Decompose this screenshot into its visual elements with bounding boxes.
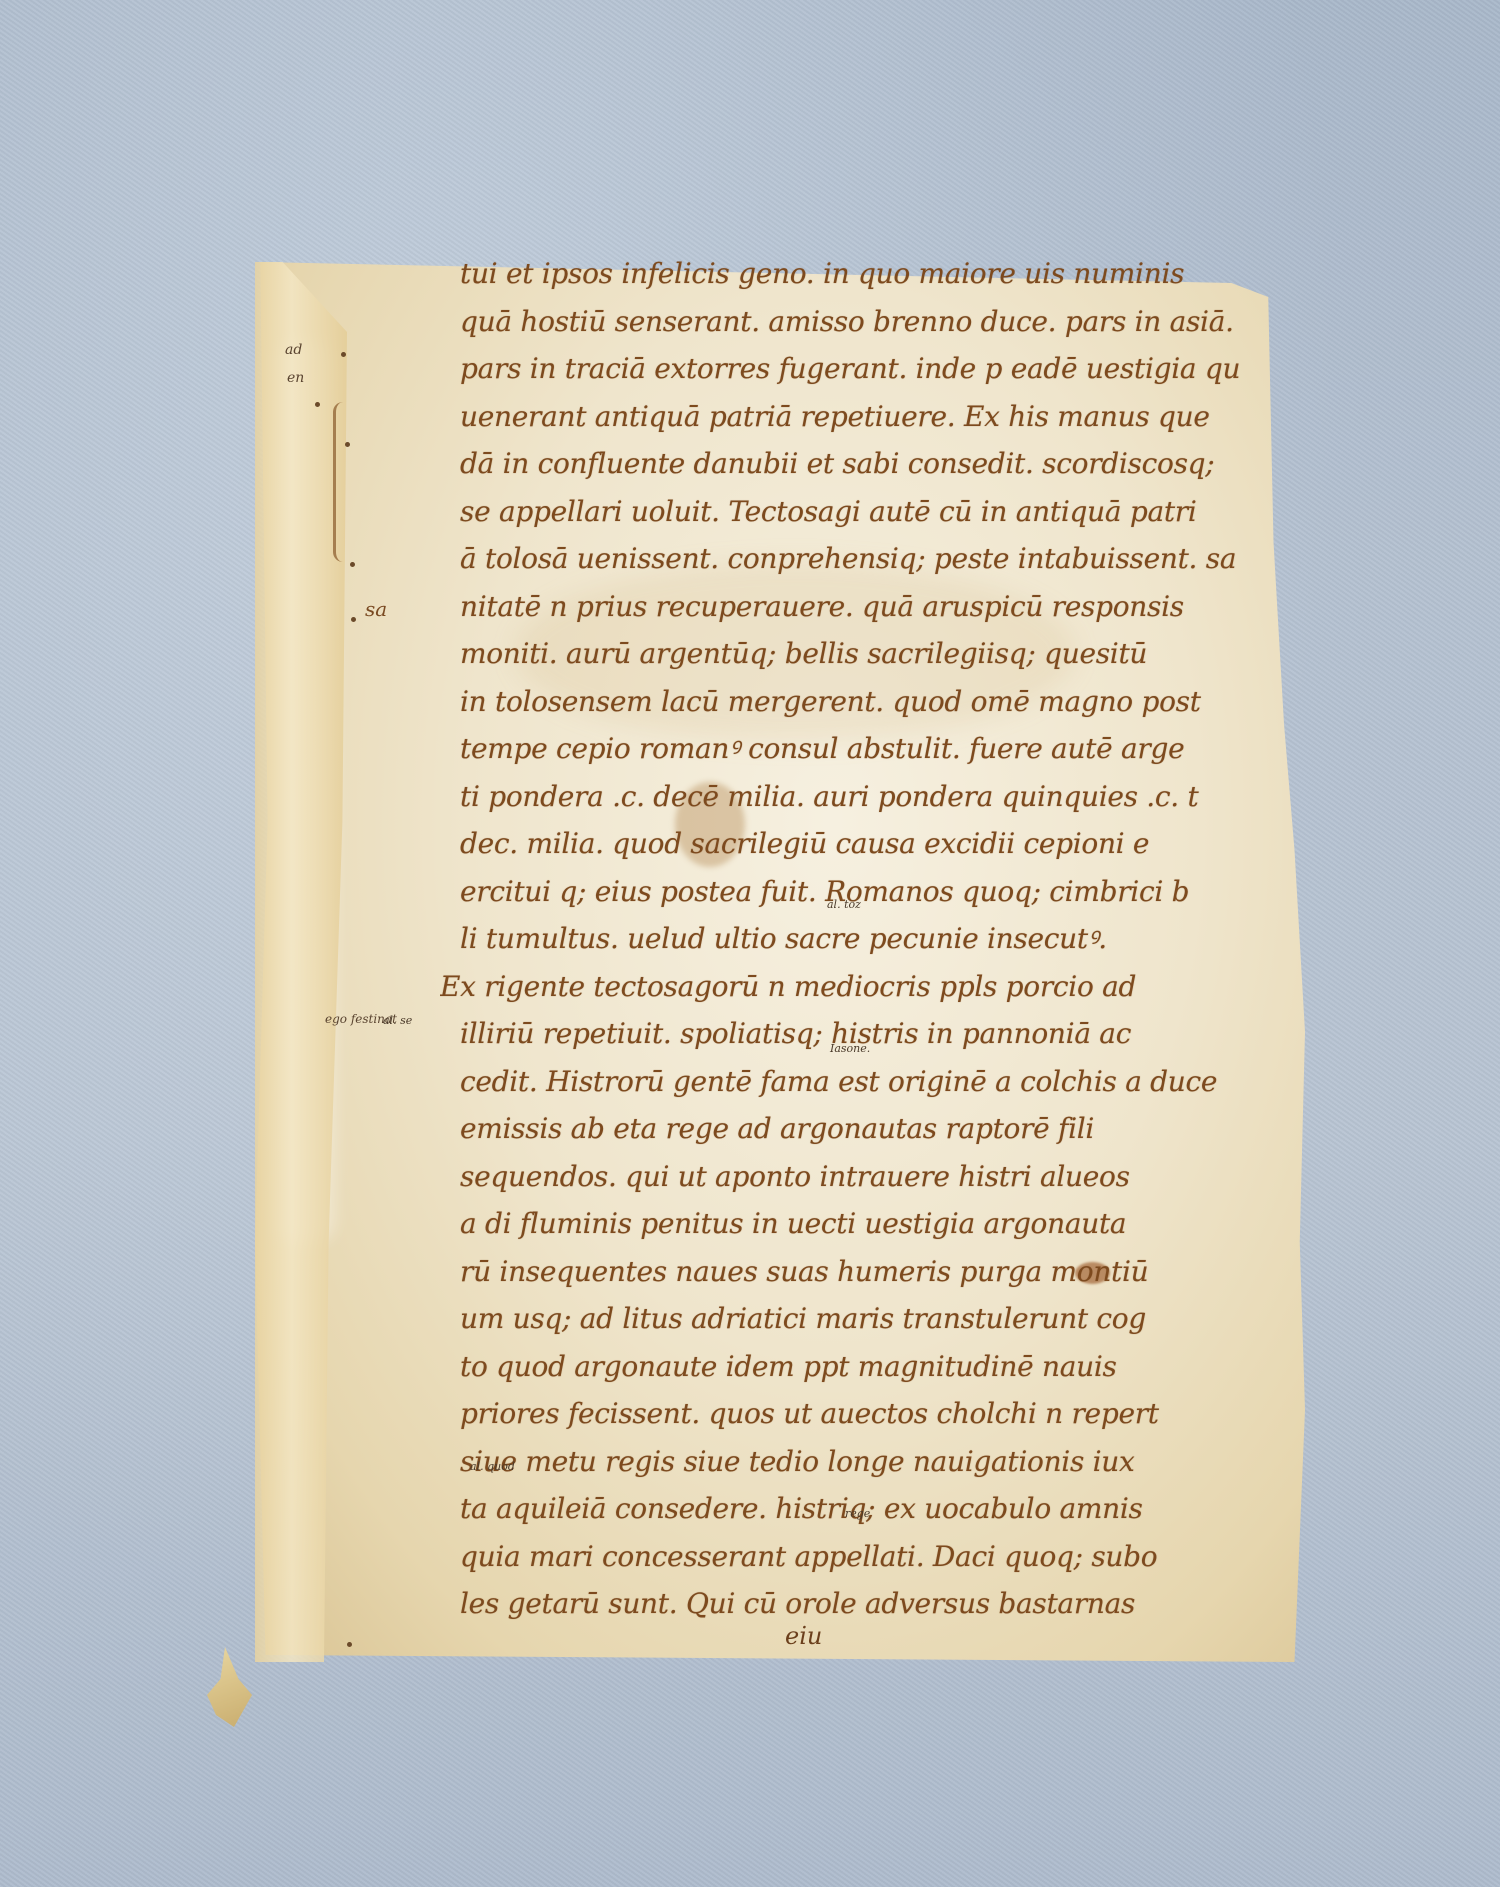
margin-bracket-mark (333, 402, 356, 562)
text-line: dā in confluente danubii et sabi consedi… (460, 440, 1280, 488)
text-line: ti pondera .c. decē milia. auri pondera … (460, 773, 1280, 821)
text-line: quia mari concesserant appellati. Daci q… (460, 1533, 1280, 1581)
text-line: quā hostiū senserant. amisso brenno duce… (460, 298, 1280, 346)
text-line: se appellari uoluit. Tectosagi autē cū i… (460, 488, 1280, 536)
margin-note: sa (365, 597, 387, 621)
text-line: ercitui q; eius postea fuit. Romanos quo… (460, 868, 1280, 916)
text-line: sequendos. qui ut aponto intrauere histr… (460, 1153, 1280, 1201)
text-line: siue metu regis siue tedio longe nauigat… (460, 1438, 1280, 1486)
parchment-tab-fragment (207, 1647, 252, 1727)
text-line: in tolosensem lacū mergerent. quod omē m… (460, 678, 1280, 726)
text-line: moniti. aurū argentūq; bellis sacrilegii… (460, 630, 1280, 678)
margin-note: ad (285, 342, 302, 358)
text-line: tempe cepio romanꝰ consul abstulit. fuer… (460, 725, 1280, 773)
text-line: uenerant antiquā patriā repetiuere. Ex h… (460, 393, 1280, 441)
text-line: dec. milia. quod sacrilegiū causa excidi… (460, 820, 1280, 868)
foot-catchword: eiu (785, 1622, 822, 1650)
interlinear-gloss: al. quod (470, 1460, 515, 1473)
text-line: emissis ab eta rege ad argonautas raptor… (460, 1105, 1280, 1153)
text-line: les getarū sunt. Qui cū orole adversus b… (460, 1580, 1280, 1628)
text-line: priores fecissent. quos ut auectos cholc… (460, 1390, 1280, 1438)
text-line: rū insequentes naues suas humeris purga … (460, 1248, 1280, 1296)
text-line: um usq; ad litus adriatici maris transtu… (460, 1295, 1280, 1343)
main-text-column: tui et ipsos infelicis geno. in quo maio… (460, 250, 1280, 1628)
margin-note: en (287, 370, 304, 386)
text-line: ā tolosā uenissent. conprehensiq; peste … (460, 535, 1280, 583)
text-line: tui et ipsos infelicis geno. in quo maio… (460, 250, 1280, 298)
text-line: li tumultus. uelud ultio sacre pecunie i… (460, 915, 1280, 963)
interlinear-gloss: Iasone. (830, 1042, 870, 1055)
text-line: to quod argonaute idem ppt magnitudinē n… (460, 1343, 1280, 1391)
text-line: pars in traciā extorres fugerant. inde p… (460, 345, 1280, 393)
interlinear-gloss: al. se (383, 1014, 412, 1027)
text-line-initial: Ex rigente tectosagorū n mediocris ppls … (440, 963, 1280, 1011)
text-line: a di fluminis penitus in uecti uestigia … (460, 1200, 1280, 1248)
manuscript-leaf: ad en sa ego festinat tui et ipsos infel… (255, 262, 1305, 1662)
text-line: nitatē n prius recuperauere. quā aruspic… (460, 583, 1280, 631)
interlinear-gloss: al. toz (827, 898, 861, 911)
interlinear-gloss: rege (845, 1507, 870, 1520)
text-line: cedit. Histrorū gentē fama est originē a… (460, 1058, 1280, 1106)
